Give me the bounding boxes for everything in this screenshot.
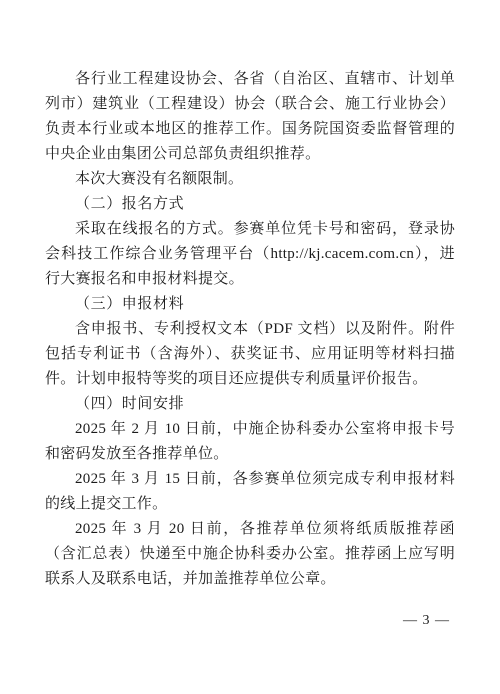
document-body: 各行业工程建设协会、各省（自治区、直辖市、计划单列市）建筑业（工程建设）协会（联…: [45, 67, 455, 592]
page-number: — 3 —: [403, 613, 450, 629]
document-page: 各行业工程建设协会、各省（自治区、直辖市、计划单列市）建筑业（工程建设）协会（联…: [0, 0, 500, 694]
paragraph-recommendation-responsibility: 各行业工程建设协会、各省（自治区、直辖市、计划单列市）建筑业（工程建设）协会（联…: [45, 67, 455, 167]
section-heading-schedule: （四）时间安排: [45, 392, 455, 417]
paragraph-application-materials: 含申报书、专利授权文本（PDF 文档）以及附件。附件包括专利证书（含海外）、获奖…: [45, 317, 455, 392]
paragraph-schedule-feb-10: 2025 年 2 月 10 日前，中施企协科委办公室将申报卡号和密码发放至各推荐…: [45, 417, 455, 467]
paragraph-schedule-mar-20: 2025 年 3 月 20 日前，各推荐单位须将纸质版推荐函（含汇总表）快递至中…: [45, 517, 455, 592]
section-heading-registration-method: （二）报名方式: [45, 192, 455, 217]
paragraph-no-quota-limit: 本次大赛没有名额限制。: [45, 167, 455, 192]
section-heading-application-materials: （三）申报材料: [45, 292, 455, 317]
paragraph-schedule-mar-15: 2025 年 3 月 15 日前，各参赛单位须完成专利申报材料的线上提交工作。: [45, 467, 455, 517]
paragraph-registration-method: 采取在线报名的方式。参赛单位凭卡号和密码，登录协会科技工作综合业务管理平台（ht…: [45, 217, 455, 292]
